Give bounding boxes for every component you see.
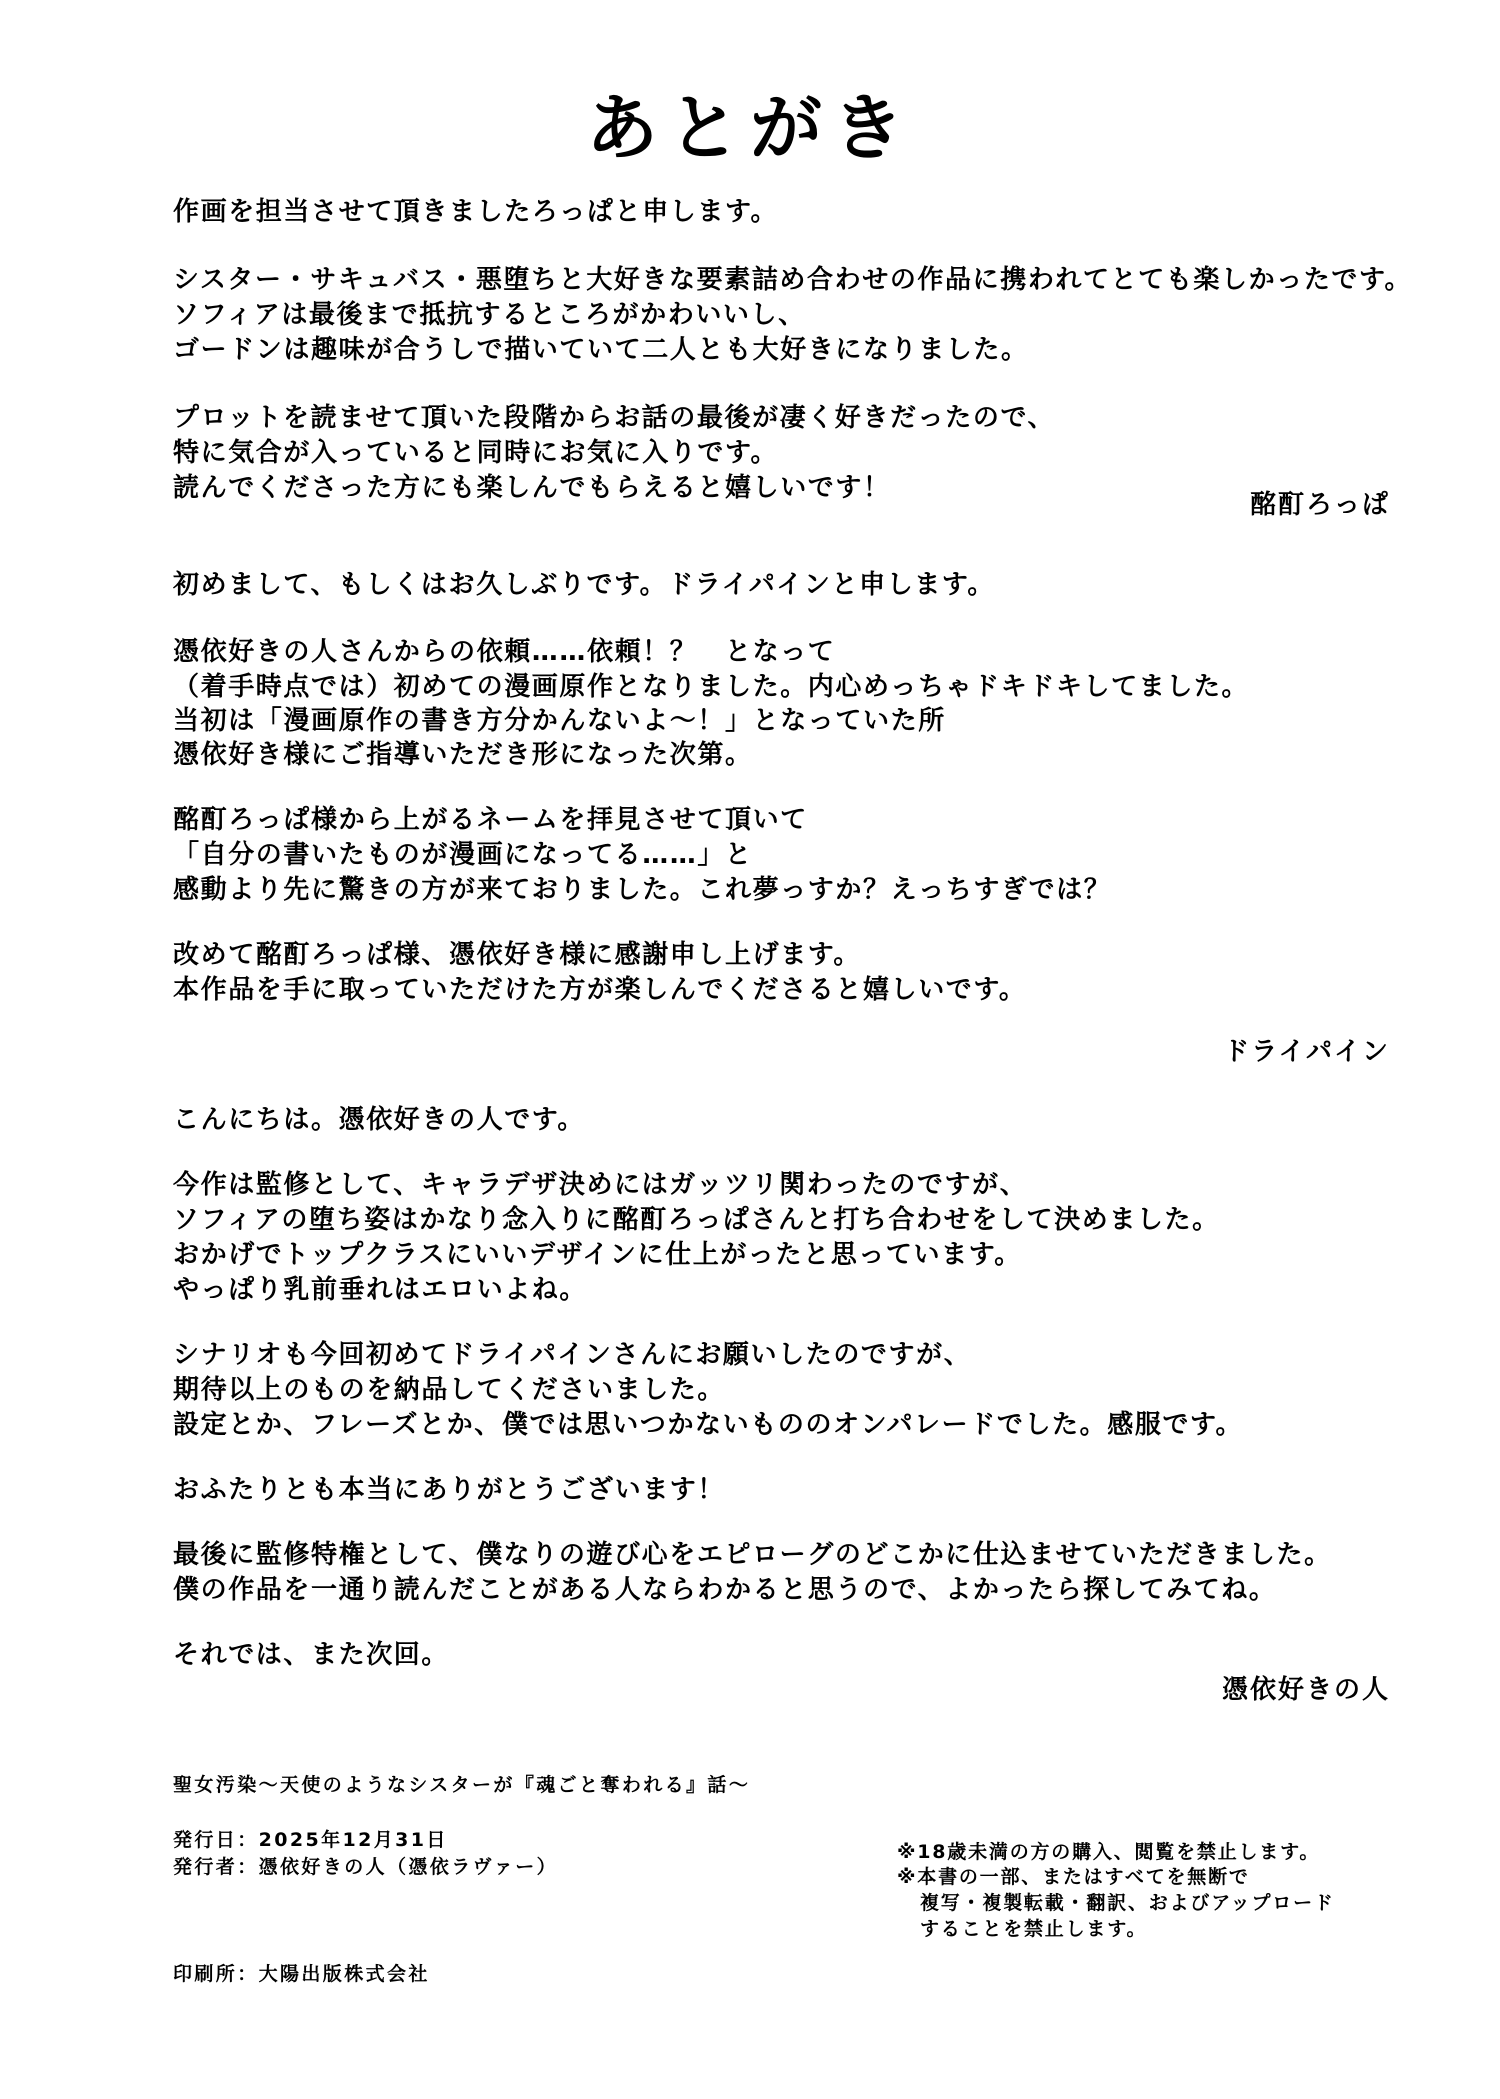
notice-line: することを禁止します。 xyxy=(920,1916,1147,1942)
text-line: こんにちは。憑依好きの人です。 xyxy=(173,1103,585,1137)
afterword-page: あとがき 作画を担当させて頂きましたろっぱと申します。 シスター・サキュバス・悪… xyxy=(0,0,1500,2099)
text-line: 当初は「漫画原作の書き方分かんないよ～！」となっていた所 xyxy=(173,704,946,738)
text-line: 感動より先に驚きの方が来ておりました。これ夢っすか？えっちすぎでは？ xyxy=(173,873,1111,907)
notice-line: ※18歳未満の方の購入、閲覧を禁止します。 xyxy=(897,1839,1320,1865)
author-signature: 憑依好きの人 xyxy=(1222,1673,1390,1707)
text-line: 今作は監修として、キャラデザ決めにはガッツリ関わったのですが、 xyxy=(173,1168,1027,1202)
text-line: 「自分の書いたものが漫画になってる……」と xyxy=(173,838,753,872)
text-line: ゴードンは趣味が合うしで描いていて二人とも大好きになりました。 xyxy=(173,333,1029,367)
text-line: 憑依好きの人さんからの依頼……依頼！？ となって xyxy=(173,635,835,669)
text-line: （着手時点では）初めての漫画原作となりました。内心めっちゃドキドキしてました。 xyxy=(173,670,1249,704)
text-line: シナリオも今回初めてドライパインさんにお願いしたのですが、 xyxy=(173,1338,971,1372)
text-line: おかげでトップクラスにいいデザインに仕上がったと思っています。 xyxy=(173,1238,1022,1272)
text-line: ソフィアは最後まで抵抗するところがかわいいし、 xyxy=(173,298,806,332)
notice-line: ※本書の一部、またはすべてを無断で xyxy=(897,1864,1250,1890)
text-line: 初めまして、もしくはお久しぶりです。ドライパインと申します。 xyxy=(173,568,995,602)
text-line: シスター・サキュバス・悪堕ちと大好きな要素詰め合わせの作品に携われてとても楽しか… xyxy=(173,263,1412,297)
text-line: 僕の作品を一通り読んだことがある人ならわかると思うので、よかったら探してみてね。 xyxy=(173,1573,1276,1607)
text-line: 最後に監修特権として、僕なりの遊び心をエピローグのどこかに仕込ませていただきまし… xyxy=(173,1538,1332,1572)
author-signature: ドライパイン xyxy=(1223,1035,1390,1069)
text-line: 改めて酩酊ろっぱ様、憑依好き様に感謝申し上げます。 xyxy=(173,938,861,972)
text-line: 特に気合が入っていると同時にお気に入りです。 xyxy=(173,436,778,470)
author-signature: 酩酊ろっぱ xyxy=(1250,488,1390,522)
text-line: 作画を担当させて頂きましたろっぱと申します。 xyxy=(173,195,778,229)
printer: 印刷所：大陽出版株式会社 xyxy=(173,1961,430,1987)
text-line: それでは、また次回。 xyxy=(173,1638,449,1672)
text-line: やっぱり乳前垂れはエロいよね。 xyxy=(173,1273,587,1307)
text-line: 憑依好き様にご指導いただき形になった次第。 xyxy=(173,738,753,772)
page-title: あとがき xyxy=(0,80,1500,176)
notice-line: 複写・複製転載・翻訳、およびアップロード xyxy=(920,1890,1335,1916)
text-line: 本作品を手に取っていただけた方が楽しんでくださると嬉しいです。 xyxy=(173,973,1027,1007)
text-line: おふたりとも本当にありがとうございます！ xyxy=(173,1473,725,1507)
text-line: 期待以上のものを納品してくださいました。 xyxy=(173,1373,725,1407)
text-line: 設定とか、フレーズとか、僕では思いつかないもののオンパレードでした。感服です。 xyxy=(173,1408,1243,1442)
book-title: 聖女汚染～天使のようなシスターが『魂ごと奪われる』話～ xyxy=(173,1772,750,1798)
publish-date: 発行日：2025年12月31日 xyxy=(173,1827,448,1853)
text-line: 読んでくださった方にも楽しんでもらえると嬉しいです！ xyxy=(173,471,891,505)
text-line: ソフィアの堕ち姿はかなり念入りに酩酊ろっぱさんと打ち合わせをして決めました。 xyxy=(173,1203,1220,1237)
publisher: 発行者：憑依好きの人（憑依ラヴァー） xyxy=(173,1854,558,1880)
text-line: プロットを読ませて頂いた段階からお話の最後が凄く好きだったので、 xyxy=(173,401,1055,435)
text-line: 酩酊ろっぱ様から上がるネームを拝見させて頂いて xyxy=(173,803,808,837)
